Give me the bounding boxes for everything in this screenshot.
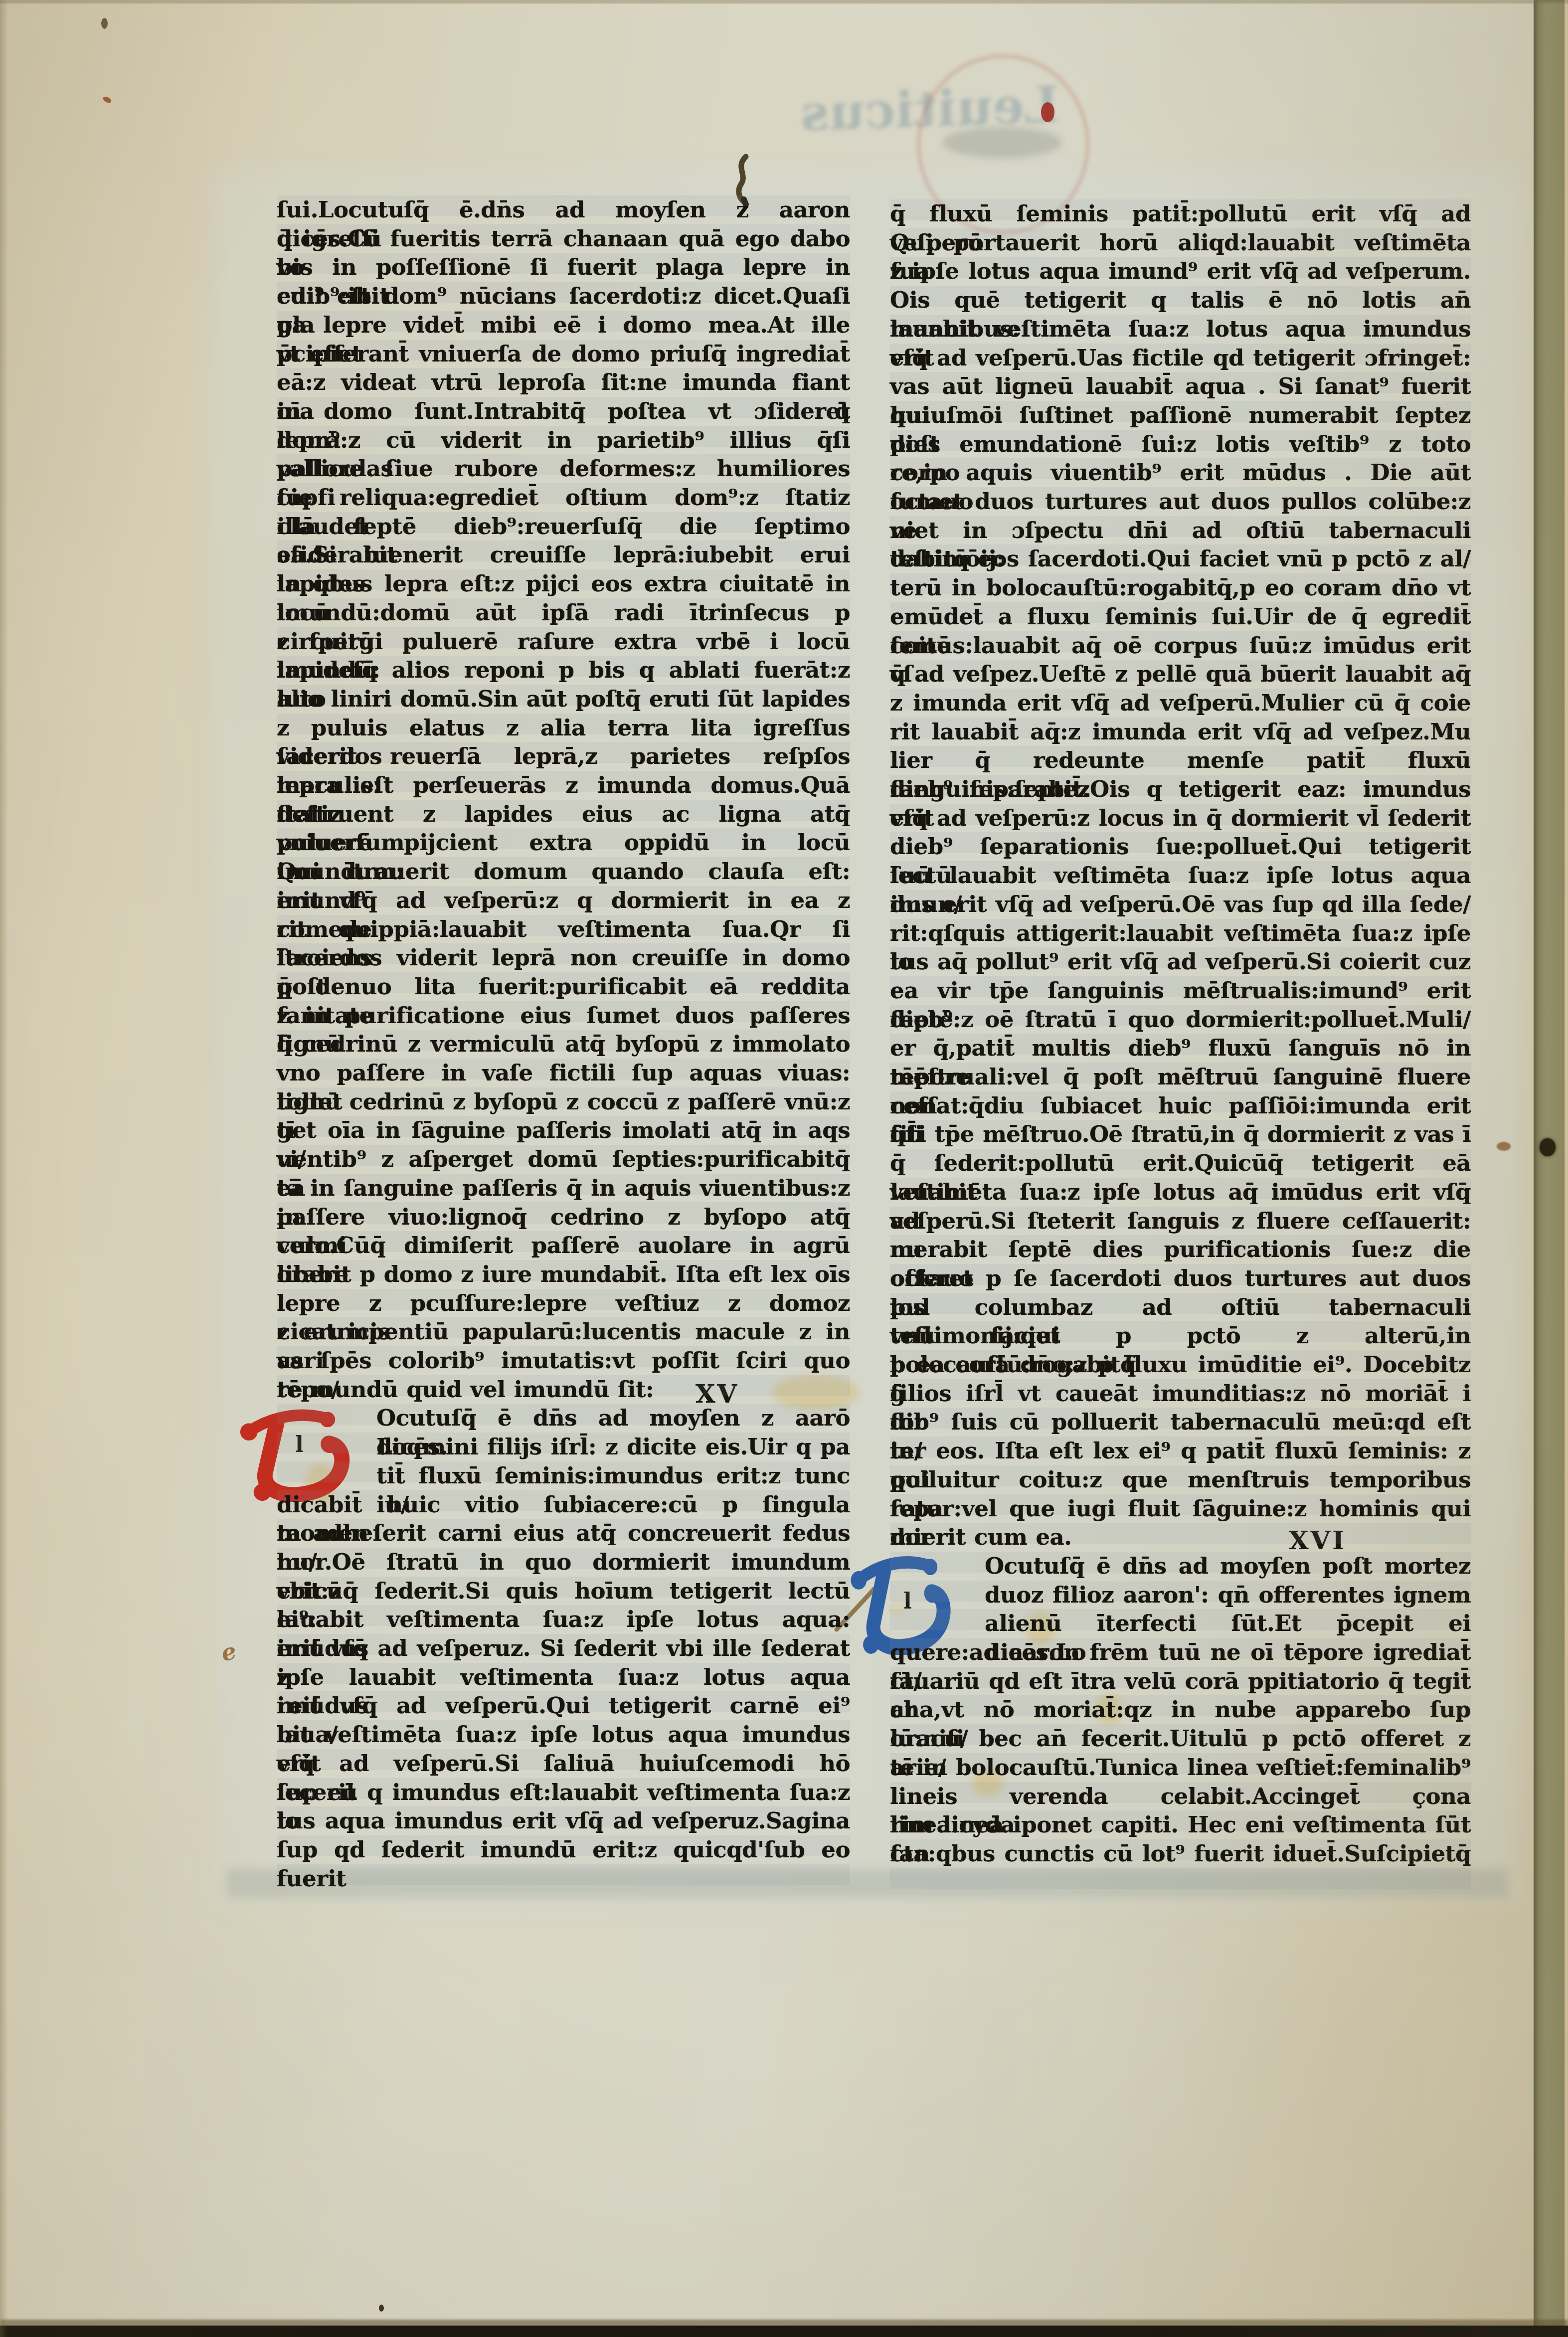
scan-bottom-band: [0, 2326, 1568, 2337]
text-line: duoz filioz aaron': qn̄ offerentes ignem: [985, 1581, 1471, 1610]
text-line: tus aqua imundus erit vſq̄ ad veſperuz.S…: [277, 1806, 850, 1835]
text-line: tus aq̄ pollut⁹ erit vſq̄ ad veſperū.Si …: [890, 947, 1471, 976]
text-line: vſq̄ ad veſperū:z locus in q̄ dormierit …: [890, 804, 1471, 833]
text-line: dus erit vſq̄ ad veſperū.Oē vas ſup qd i…: [890, 890, 1471, 919]
text-line: z ipſe lotus aqua imund⁹ erit vſq̄ ad ve…: [890, 257, 1471, 286]
incunable-page: Leuiticus e l: [0, 0, 1568, 2337]
scan-top-band: [0, 0, 1568, 3]
text-line: tē in bolocauſtū.Tunica linea veſtiet̄:f…: [890, 1753, 1471, 1782]
grey-smudge: [942, 127, 1062, 158]
underleaf-edge: [1565, 0, 1568, 2337]
text-line: Ocutuſq̄ ē dn̄s ad moyſen poſt mortez: [985, 1552, 1471, 1581]
speck: [102, 95, 113, 104]
text-line: q̄ cedrinū z vermiculū atq̄ byſopū z imm…: [277, 1030, 850, 1059]
page-edge-shadow: [1534, 0, 1565, 2337]
text-line: q̄ ad veſpez.Ueſtē z pellē quā būerit la…: [890, 660, 1471, 689]
text-line: mierit cum ea.: [890, 1523, 1471, 1552]
speck: [101, 18, 108, 29]
text-line: rit lauabit̄ aq̄:z imunda erit vſq̄ ad v…: [890, 718, 1471, 746]
text-line: vſq̄ ad veſperū.Uas fictile qd tetigerit…: [890, 344, 1471, 372]
text-line: ſup qd ſederit imundū erit:z quicqd'ſub …: [277, 1835, 850, 1893]
red-ink-dot: [1041, 102, 1054, 122]
text-line: dieb⁹:z oē ſtratū ī quo dormierit:pollue…: [890, 1005, 1471, 1034]
text-line: ſit̄i tp̄e mēſtruo.Oē ſtratū,in q̄ dormi…: [890, 1120, 1471, 1149]
text-line: alio liniri domū.Sin aūt poſtq̄ eruti ſū…: [277, 685, 850, 714]
text-line: orabit p domo z iure mundabit̄. Iſta eſt…: [277, 1260, 850, 1289]
wormhole: [1540, 1138, 1556, 1156]
left-edge-shade: [0, 0, 8, 2337]
text-line: z imunda erit vſq̄ ad veſperū.Mulier cū …: [890, 689, 1471, 718]
text-line: vt efferant̄ vniuerſa de domo priuſq̄ in…: [277, 340, 850, 368]
speck: [1497, 1142, 1511, 1151]
text-column-left: ſui.Locutuſq̄ ē.dn̄s ad moyſen z aaron d…: [277, 195, 850, 1891]
text-line: re mundū quid vel imundū ſit:: [277, 1375, 850, 1404]
text-line: terū in bolocauſtū:rogabitq̄,p eo coram …: [890, 573, 1471, 602]
speck: [379, 2305, 384, 2312]
text-column-right: q̄ fluxū ſeminis patit̄:pollutū erit vſq…: [890, 199, 1471, 1895]
text-line: cta:qbus cunctis cū lot⁹ fuerit iduet̄.S…: [890, 1839, 1471, 1868]
text-line: Loqmini filijs iſrl̄: z dicite eis.Uir q…: [376, 1433, 850, 1461]
text-line: dabitq̄ eos ſacerdoti.Qui faciet vnū p p…: [890, 544, 1471, 573]
